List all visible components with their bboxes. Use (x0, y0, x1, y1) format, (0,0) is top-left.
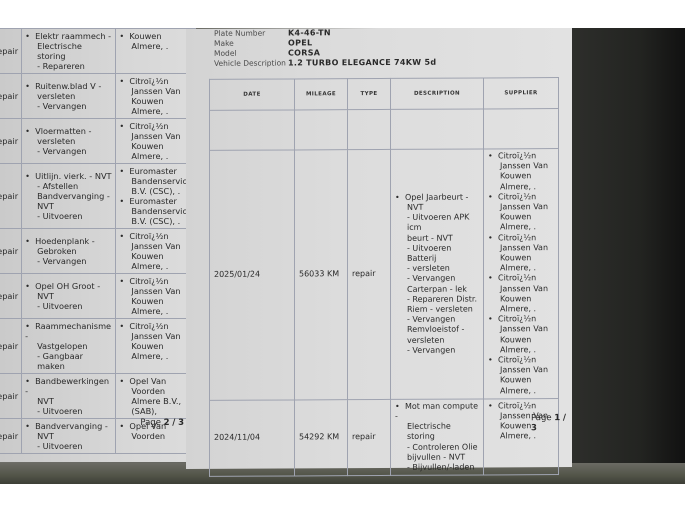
mileage-cell (295, 110, 348, 150)
text-line: Kouwen (119, 296, 192, 306)
bullet-icon: • (25, 81, 35, 91)
column-description: DESCRIPTION (391, 78, 484, 109)
text-line: (SAB), (119, 406, 192, 416)
type-cell: repair (0, 229, 22, 274)
text-line: NVT (25, 201, 112, 211)
text-line: •Kouwen (119, 31, 192, 41)
text-line: •Hoedenplank - (25, 236, 112, 246)
bullet-icon: • (488, 151, 498, 161)
text-line: Riem - versleten (395, 305, 479, 316)
bullet-icon: • (119, 231, 129, 241)
text-line: Almere, . (119, 151, 192, 161)
description-cell: •Elektr raammech -Electrische storing- R… (22, 29, 116, 74)
text-line: •Euromaster (119, 166, 192, 176)
text-line: - Vervangen (25, 146, 112, 156)
description-cell: •Uitlijn. vierk. - NVT- AfstellenBandver… (22, 164, 116, 229)
text-line: •Vloermatten - (25, 126, 112, 136)
bullet-icon: • (488, 355, 498, 365)
text-line: Voorden (119, 431, 192, 441)
text-line: - Uitvoeren (25, 441, 112, 451)
bullet-icon: • (25, 321, 35, 331)
type-cell: repair (0, 29, 22, 74)
table-row: repair•Raammechanisme -Vastgelopen- Gang… (0, 319, 196, 374)
mileage-cell: 56033 KM (295, 150, 348, 400)
text-line: Janssen Van (119, 131, 192, 141)
text-line: - Uitvoeren (25, 211, 112, 221)
text-line: Kouwen (119, 96, 192, 106)
page2-page-number: Page 2 / 3 (140, 418, 184, 428)
text-line: Almere, . (488, 432, 554, 443)
text-line: Bandenservice (119, 206, 192, 216)
text-line: Almere, . (119, 261, 192, 271)
text-line: - Vervangen (395, 274, 479, 285)
description-cell: •Vloermatten -versleten- Vervangen (22, 119, 116, 164)
text-line: •Citroï¿½n (488, 274, 554, 285)
bullet-icon: • (25, 376, 35, 386)
bullet-icon: • (119, 31, 129, 41)
text-line: Electrische storing (395, 422, 479, 443)
description-cell: •Mot man compute -Electrische storing- C… (391, 399, 484, 476)
text-line: Almere, . (488, 263, 554, 274)
text-line: •Euromaster (119, 196, 192, 206)
page-1: Plate Number K4-46-TN Make OPEL Model CO… (186, 28, 572, 469)
text-line: Janssen Van (119, 331, 192, 341)
supplier-cell: •Citroï¿½nJanssen VanKouwenAlmere, . (116, 319, 196, 374)
type-cell: repair (0, 274, 22, 319)
supplier-cell: •Citroï¿½nJanssen VanKouwenAlmere, . (116, 274, 196, 319)
text-line: - Repareren Distr. (395, 294, 479, 305)
text-line: •Citroï¿½n (488, 192, 554, 203)
text-line: •Citroï¿½n (119, 76, 192, 86)
bullet-icon: • (25, 31, 35, 41)
table-row: 2024/11/0454292 KMrepair•Mot man compute… (210, 398, 559, 476)
supplier-cell: •Citroï¿½nJanssen VanKouwenAlmere, .•Cit… (484, 149, 559, 399)
table-header-row: DATE MILEAGE TYPE DESCRIPTION SUPPLIER (210, 78, 559, 111)
text-line: Kouwen (488, 253, 554, 264)
bullet-icon: • (25, 421, 35, 431)
text-line: versleten (25, 136, 112, 146)
text-line: - Gangbaar maken (25, 351, 112, 371)
supplier-cell (484, 109, 559, 149)
type-cell: repair (348, 399, 391, 476)
table-row: repair•Hoedenplank -Gebroken- Vervangen•… (0, 229, 196, 274)
dark-background (572, 28, 685, 484)
text-line: Janssen Van (119, 286, 192, 296)
table-row: repair•Elektr raammech -Electrische stor… (0, 29, 196, 74)
text-line: Janssen Van (119, 86, 192, 96)
text-line: - Vervangen (395, 315, 479, 326)
text-line: Almere, . (119, 306, 192, 316)
bullet-icon: • (119, 376, 129, 386)
text-line: - Uitvoeren APK icm (395, 213, 479, 234)
type-cell: repair (0, 419, 22, 454)
text-line: NVT (395, 202, 479, 213)
type-cell: repair (0, 119, 22, 164)
text-line: - Uitvoeren (25, 301, 112, 311)
supplier-cell: •EuromasterBandenserviceB.V. (CSC), .•Eu… (116, 164, 196, 229)
supplier-cell: •Citroï¿½nJanssen VanKouwenAlmere, . (116, 229, 196, 274)
text-line: •Citroï¿½n (119, 231, 192, 241)
text-line: •Citroï¿½n (119, 321, 192, 331)
bullet-icon: • (395, 402, 405, 412)
text-line: Almere, . (488, 386, 554, 397)
text-line: Electrische storing (25, 41, 112, 61)
description-cell: •Opel Jaarbeurt -NVT- Uitvoeren APK icmb… (391, 149, 484, 399)
mileage-cell: 54292 KM (295, 400, 348, 477)
text-line: bijvullen - NVT (395, 452, 479, 463)
table-row: 2025/01/2456033 KMrepair•Opel Jaarbeurt … (210, 149, 559, 401)
date-cell: 2025/01/24 (210, 150, 295, 400)
text-line: - Vervangen (25, 256, 112, 266)
text-line: - Repareren (25, 61, 112, 71)
text-line: Janssen Van (488, 284, 554, 295)
date-cell (210, 110, 295, 150)
model: CORSA (288, 48, 320, 58)
text-line: versleten (25, 91, 112, 101)
page1-page-number: Page 1 / 3 (531, 413, 572, 433)
text-line: Voorden (119, 386, 192, 396)
text-line: Janssen Van (488, 325, 554, 336)
text-line: Almere, . (488, 345, 554, 356)
text-line: - Uitvoeren Batterij (395, 243, 479, 264)
type-cell: repair (0, 74, 22, 119)
text-line: •Bandvervanging - (25, 421, 112, 431)
table-row: repair•Vloermatten -versleten- Vervangen… (0, 119, 196, 164)
text-line: - Uitvoeren (25, 406, 112, 416)
description-cell: •Ruitenw.blad V -versleten- Vervangen (22, 74, 116, 119)
text-line: Kouwen (488, 294, 554, 305)
text-line: Almere, . (488, 182, 554, 193)
vehicle-description: 1.2 TURBO ELEGANCE 74KW 5d (288, 58, 436, 69)
text-line: - Vervangen (395, 345, 479, 356)
supplier-cell: •Citroï¿½nJanssen VanKouwenAlmere, . (484, 398, 559, 475)
text-line: B.V. (CSC), . (119, 216, 192, 226)
bullet-icon: • (119, 76, 129, 86)
text-line: •Citroï¿½n (119, 276, 192, 286)
text-line: •Raammechanisme - (25, 321, 112, 341)
text-line: •Citroï¿½n (119, 121, 192, 131)
text-line: Kouwen (488, 212, 554, 223)
make: OPEL (288, 38, 312, 48)
text-line: NVT (25, 431, 112, 441)
text-line: •Bandbewerkingen - (25, 376, 112, 396)
table-row (210, 109, 559, 151)
text-line: NVT (25, 291, 112, 301)
text-line: Almere B.V., (119, 396, 192, 406)
table-row: repair•Uitlijn. vierk. - NVT- AfstellenB… (0, 164, 196, 229)
text-line: Janssen Van (119, 241, 192, 251)
column-type: TYPE (348, 78, 391, 109)
column-mileage: MILEAGE (295, 79, 348, 110)
type-cell: repair (0, 374, 22, 419)
text-line: •Mot man compute - (395, 401, 479, 422)
text-line: Kouwen (488, 171, 554, 182)
text-line: Kouwen (488, 335, 554, 346)
column-supplier: SUPPLIER (484, 78, 559, 109)
bullet-icon: • (119, 421, 129, 431)
description-cell (391, 109, 484, 149)
bullet-icon: • (119, 276, 129, 286)
text-line: •Opel OH Groot - (25, 281, 112, 291)
bullet-icon: • (395, 193, 405, 203)
bullet-icon: • (25, 171, 35, 181)
text-line: •Elektr raammech - (25, 31, 112, 41)
text-line: •Opel Van (119, 376, 192, 386)
bullet-icon: • (25, 281, 35, 291)
vehicle-info: Plate Number K4-46-TN Make OPEL Model CO… (214, 28, 436, 69)
text-line: Janssen Van (488, 365, 554, 376)
text-line: •Citroï¿½n (488, 151, 554, 162)
text-line: Almere, . (119, 351, 192, 361)
type-cell: repair (348, 149, 391, 399)
text-line: Almere, . (119, 41, 192, 51)
bullet-icon: • (25, 126, 35, 136)
page2-history-table: repair•Elektr raammech -Electrische stor… (0, 28, 196, 454)
text-line: - Bijvullen/-laden (395, 463, 479, 474)
text-line: •Ruitenw.blad V - (25, 81, 112, 91)
text-line: - Vervangen (25, 101, 112, 111)
supplier-cell: •Opel VanVoordenAlmere B.V.,(SAB), (116, 374, 196, 419)
table-row: repair•Bandbewerkingen -NVT- Uitvoeren•O… (0, 374, 196, 419)
text-line: Vastgelopen (25, 341, 112, 351)
text-line: Janssen Van (488, 161, 554, 172)
page-2: repair•Elektr raammech -Electrische stor… (0, 28, 196, 462)
plate-number: K4-46-TN (288, 28, 331, 38)
text-line: versleten (395, 335, 479, 346)
type-cell (348, 109, 391, 149)
supplier-cell: •Citroï¿½nJanssen VanKouwenAlmere, . (116, 119, 196, 164)
table-row: repair•Opel OH Groot -NVT- Uitvoeren•Cit… (0, 274, 196, 319)
description-cell: •Bandbewerkingen -NVT- Uitvoeren (22, 374, 116, 419)
bullet-icon: • (488, 192, 498, 202)
bullet-icon: • (119, 321, 129, 331)
text-line: Carterpan - lek (395, 284, 479, 295)
text-line: - versleten (395, 264, 479, 275)
table-row: repair•Ruitenw.blad V -versleten- Vervan… (0, 74, 196, 119)
text-line: Janssen Van (488, 243, 554, 254)
description-cell: •Raammechanisme -Vastgelopen- Gangbaar m… (22, 319, 116, 374)
text-line: Remvloeistof - (395, 325, 479, 336)
bullet-icon: • (488, 233, 498, 243)
document-photo: repair•Elektr raammech -Electrische stor… (0, 28, 685, 484)
description-cell: •Opel OH Groot -NVT- Uitvoeren (22, 274, 116, 319)
text-line: Kouwen (119, 341, 192, 351)
bullet-icon: • (488, 274, 498, 284)
text-line: - Afstellen (25, 181, 112, 191)
bullet-icon: • (25, 236, 35, 246)
text-line: B.V. (CSC), . (119, 186, 192, 196)
bullet-icon: • (488, 315, 498, 325)
type-cell: repair (0, 164, 22, 229)
text-line: Kouwen (488, 376, 554, 387)
text-line: Gebroken (25, 246, 112, 256)
description-cell: •Hoedenplank -Gebroken- Vervangen (22, 229, 116, 274)
text-line: •Citroï¿½n (488, 401, 554, 412)
bullet-icon: • (119, 196, 129, 206)
text-line: •Citroï¿½n (488, 314, 554, 325)
bullet-icon: • (119, 121, 129, 131)
text-line: Almere, . (119, 106, 192, 116)
text-line: •Citroï¿½n (488, 233, 554, 244)
text-line: •Citroï¿½n (488, 355, 554, 366)
service-history-table: DATE MILEAGE TYPE DESCRIPTION SUPPLIER 2… (209, 77, 559, 477)
text-line: •Opel Jaarbeurt - (395, 192, 479, 203)
text-line: •Uitlijn. vierk. - NVT (25, 171, 112, 181)
type-cell: repair (0, 319, 22, 374)
supplier-cell: •Citroï¿½nJanssen VanKouwenAlmere, . (116, 74, 196, 119)
text-line: Kouwen (119, 141, 192, 151)
date-cell: 2024/11/04 (210, 400, 295, 477)
text-line: NVT (25, 396, 112, 406)
text-line: Almere, . (488, 223, 554, 234)
supplier-cell: •KouwenAlmere, . (116, 29, 196, 74)
text-line: Bandenservice (119, 176, 192, 186)
bullet-icon: • (119, 166, 129, 176)
text-line: Bandvervanging - (25, 191, 112, 201)
text-line: - Controleren Olie (395, 442, 479, 453)
bullet-icon: • (488, 401, 498, 411)
vehicle-description-row: Vehicle Description 1.2 TURBO ELEGANCE 7… (214, 58, 436, 69)
column-date: DATE (210, 79, 295, 110)
text-line: Almere, . (488, 304, 554, 315)
text-line: Janssen Van (488, 202, 554, 213)
text-line: Kouwen (119, 251, 192, 261)
description-cell: •Bandvervanging -NVT- Uitvoeren (22, 419, 116, 454)
text-line: beurt - NVT (395, 233, 479, 244)
